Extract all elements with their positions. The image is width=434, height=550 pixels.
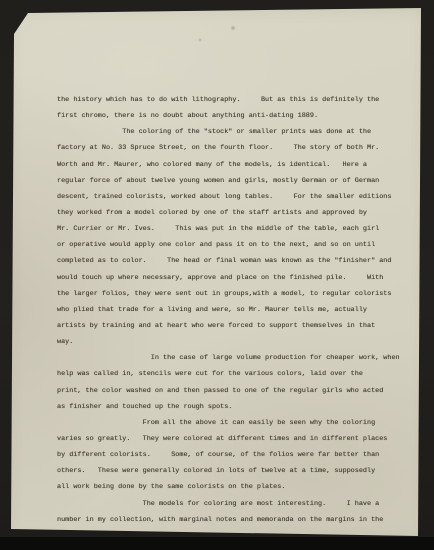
text-line: The models for coloring are most interes… xyxy=(57,496,402,512)
text-line: In the case of large volume production f… xyxy=(57,350,402,366)
text-line: From all the above it can easily be seen… xyxy=(57,415,402,431)
text-line: all work being done by the same colorist… xyxy=(57,479,402,495)
typewritten-text: the history which has to do with lithogr… xyxy=(57,92,402,528)
text-line: number in my collection, with marginal n… xyxy=(57,512,402,528)
text-line: as finisher and touched up the rough spo… xyxy=(57,399,402,415)
paper-sheet: the history which has to do with lithogr… xyxy=(0,0,434,550)
text-line: or operative would apply one color and p… xyxy=(57,237,402,253)
text-line: by different colorists. Some, of course,… xyxy=(57,447,402,463)
text-line: regular force of about twelve young wome… xyxy=(57,173,402,189)
text-line: who plied that trade for a living and we… xyxy=(57,302,402,318)
text-line: the history which has to do with lithogr… xyxy=(57,92,402,108)
text-line: artists by training and at heart who wer… xyxy=(57,318,402,334)
text-line: factory at No. 33 Spruce Street, on the … xyxy=(57,140,402,156)
text-line: help was called in, stencils were cut fo… xyxy=(57,366,402,382)
text-line: they worked from a model colored by one … xyxy=(57,205,402,221)
text-line: would touch up where necessary, approve … xyxy=(57,270,402,286)
text-line: The coloring of the "stock" or smaller p… xyxy=(57,124,402,140)
text-line: the larger folios, they were sent out in… xyxy=(57,286,402,302)
text-line: Mr. Currier or Mr. Ives. This was put in… xyxy=(57,221,402,237)
text-line: completed as to color. The head or final… xyxy=(57,253,402,269)
text-line: way. xyxy=(57,334,402,350)
text-line: varies so greatly. They were colored at … xyxy=(57,431,402,447)
text-line: descent, trained colorists, worked about… xyxy=(57,189,402,205)
text-line: first chromo, there is no doubt about an… xyxy=(57,108,402,124)
text-line: print, the color washed on and then pass… xyxy=(57,383,402,399)
text-line: others. These were generally colored in … xyxy=(57,463,402,479)
photographed-document: the history which has to do with lithogr… xyxy=(0,0,434,550)
text-line: Worth and Mr. Maurer, who colored many o… xyxy=(57,157,402,173)
background-shadow-band xyxy=(0,537,434,550)
